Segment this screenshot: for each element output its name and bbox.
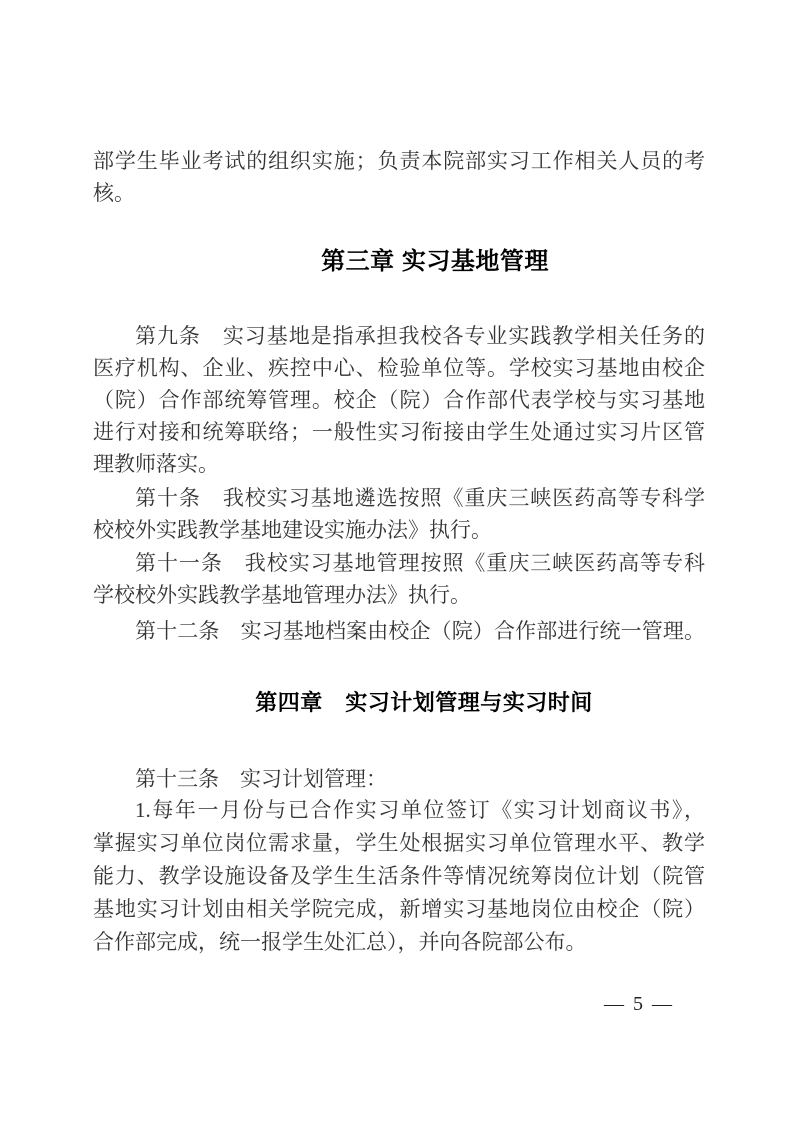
text-line: 部学生毕业考试的组织实施；负责本院部实习工作相关人员的考 (93, 145, 705, 177)
paragraph: 第十一条 我校实习基地管理按照《重庆三峡医药高等专科学校校外实践教学基地管理办法… (93, 547, 705, 611)
paragraph: 部学生毕业考试的组织实施；负责本院部实习工作相关人员的考核。 (93, 145, 705, 209)
text-line: （院）合作部统筹管理。校企（院）合作部代表学校与实习基地 (93, 384, 705, 416)
text-line: 进行对接和统筹联络；一般性实习衔接由学生处通过实习片区管 (93, 416, 705, 448)
text-line: 合作部完成，统一报学生处汇总），并向各院部公布。 (93, 926, 705, 959)
paragraph: 第十二条 实习基地档案由校企（院）合作部进行统一管理。 (93, 615, 705, 647)
text-line: 核。 (93, 177, 705, 209)
paragraph: 第十三条 实习计划管理： (93, 763, 705, 795)
text-line: 1.每年一月份与已合作实习单位签订《实习计划商议书》， (93, 794, 705, 827)
text-line: 第九条 实习基地是指承担我校各专业实践教学相关任务的 (93, 320, 705, 352)
text-line: 基地实习计划由相关学院完成，新增实习基地岗位由校企（院） (93, 893, 705, 926)
paragraph: 第十条 我校实习基地遴选按照《重庆三峡医药高等专科学校校外实践教学基地建设实施办… (93, 482, 705, 546)
document-page: 部学生毕业考试的组织实施；负责本院部实习工作相关人员的考核。第三章 实习基地管理… (0, 0, 794, 1123)
text-line: 第十二条 实习基地档案由校企（院）合作部进行统一管理。 (93, 615, 705, 647)
text-line: 第十三条 实习计划管理： (93, 763, 705, 795)
text-line: 第十一条 我校实习基地管理按照《重庆三峡医药高等专科 (93, 547, 705, 579)
page-number: — 5 — (604, 993, 674, 1016)
paragraph: 第九条 实习基地是指承担我校各专业实践教学相关任务的医疗机构、企业、疾控中心、检… (93, 320, 705, 480)
text-line: 理教师落实。 (93, 448, 705, 480)
chapter-heading: 第三章 实习基地管理 (129, 247, 741, 277)
text-line: 学校校外实践教学基地管理办法》执行。 (93, 579, 705, 611)
text-line: 第十条 我校实习基地遴选按照《重庆三峡医药高等专科学 (93, 482, 705, 514)
text-line: 校校外实践教学基地建设实施办法》执行。 (93, 514, 705, 546)
text-line: 能力、教学设施设备及学生生活条件等情况统筹岗位计划（院管 (93, 860, 705, 893)
text-line: 掌握实习单位岗位需求量，学生处根据实习单位管理水平、教学 (93, 827, 705, 860)
text-line: 医疗机构、企业、疾控中心、检验单位等。学校实习基地由校企 (93, 352, 705, 384)
paragraph: 1.每年一月份与已合作实习单位签订《实习计划商议书》，掌握实习单位岗位需求量，学… (93, 794, 705, 959)
chapter-heading: 第四章 实习计划管理与实习时间 (118, 688, 730, 718)
